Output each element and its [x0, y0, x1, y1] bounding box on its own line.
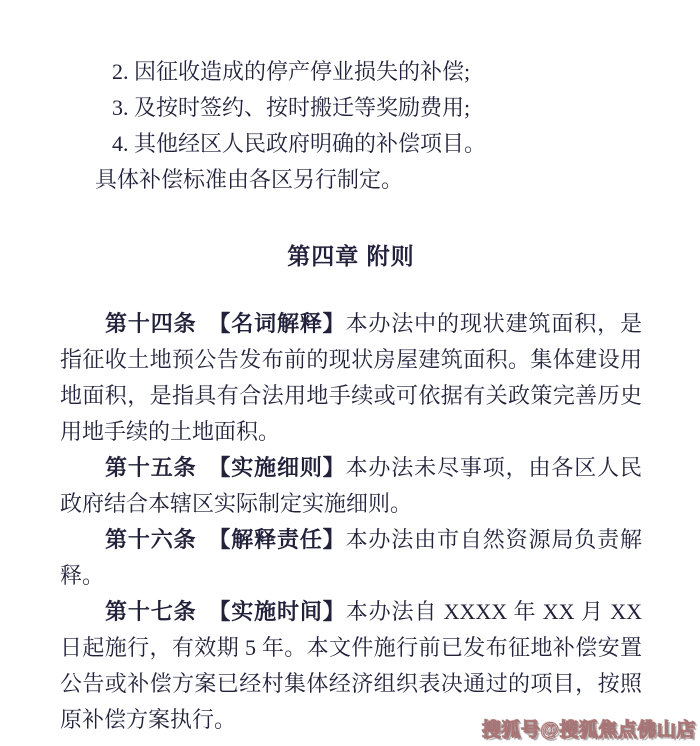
- chapter-heading: 第四章 附则: [60, 238, 642, 274]
- list-item-2: 2. 因征收造成的停产停业损失的补偿;: [112, 54, 642, 90]
- document-content: 2. 因征收造成的停产停业损失的补偿; 3. 及按时签约、按时搬迁等奖励费用; …: [0, 0, 700, 738]
- article-15: 第十五条 【实施细则】本办法未尽事项，由各区人民政府结合本辖区实际制定实施细则。: [60, 450, 642, 522]
- sohu-watermark: 搜狐号@搜狐焦点佛山店: [482, 715, 696, 742]
- article-17-lead: 第十七条 【实施时间】: [105, 599, 346, 624]
- document-page: 2. 因征收造成的停产停业损失的补偿; 3. 及按时签约、按时搬迁等奖励费用; …: [0, 0, 700, 746]
- note-line: 具体补偿标准由各区另行制定。: [95, 162, 642, 198]
- list-item-4: 4. 其他经区人民政府明确的补偿项目。: [112, 126, 642, 162]
- article-14: 第十四条 【名词解释】本办法中的现状建筑面积，是指征收土地预公告发布前的现状房屋…: [60, 306, 642, 450]
- article-15-lead: 第十五条 【实施细则】: [105, 455, 346, 480]
- article-16: 第十六条 【解释责任】本办法由市自然资源局负责解释。: [60, 522, 642, 594]
- list-item-3: 3. 及按时签约、按时搬迁等奖励费用;: [112, 90, 642, 126]
- article-14-lead: 第十四条 【名词解释】: [105, 311, 346, 336]
- article-16-lead: 第十六条 【解释责任】: [105, 527, 346, 552]
